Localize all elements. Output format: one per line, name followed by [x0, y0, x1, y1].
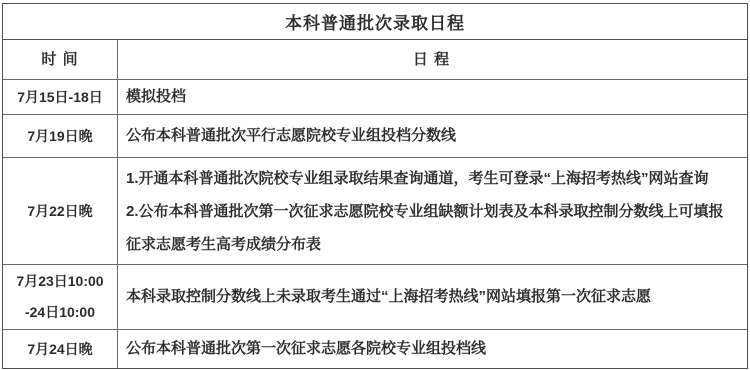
- column-header-time: 时 间: [3, 40, 118, 79]
- table-row-1: 7月15日-18日 模拟投档: [3, 79, 747, 114]
- schedule-paragraph: 公布本科普通批次第一次征求志愿各院校专业组投档线: [126, 338, 737, 360]
- table-header-row: 时 间 日 程: [3, 39, 747, 79]
- schedule-cell: 1.开通本科普通批次院校专业组录取结果查询通道，考生可登录“上海招考热线”网站查…: [118, 158, 747, 264]
- time-cell: 7月23日10:00 -24日10:00: [3, 265, 118, 329]
- schedule-paragraph: 2.公布本科普通批次第一次征求志愿院校专业组缺额计划表及本科录取控制分数线上可填…: [126, 195, 737, 261]
- schedule-paragraph: 公布本科普通批次平行志愿院校专业组投档分数线: [126, 125, 737, 147]
- schedule-cell: 本科录取控制分数线上未录取考生通过“上海招考热线”网站填报第一次征求志愿: [118, 265, 747, 329]
- time-line: 7月19日晚: [27, 121, 92, 152]
- schedule-cell: 公布本科普通批次第一次征求志愿各院校专业组投档线: [118, 330, 747, 368]
- time-cell: 7月15日-18日: [3, 80, 118, 114]
- time-cell: 7月22日晚: [3, 158, 118, 264]
- time-cell: 7月19日晚: [3, 115, 118, 157]
- page: 本科普通批次录取日程 时 间 日 程 7月15日-18日 模拟投档 7月19日晚…: [0, 0, 750, 370]
- time-line: 7月15日-18日: [17, 82, 103, 113]
- admission-schedule-table: 本科普通批次录取日程 时 间 日 程 7月15日-18日 模拟投档 7月19日晚…: [2, 3, 748, 369]
- table-row-2: 7月19日晚 公布本科普通批次平行志愿院校专业组投档分数线: [3, 114, 747, 157]
- schedule-cell: 公布本科普通批次平行志愿院校专业组投档分数线: [118, 115, 747, 157]
- time-line: -24日10:00: [25, 297, 95, 328]
- time-cell: 7月24日晚: [3, 330, 118, 368]
- column-header-schedule: 日 程: [118, 40, 747, 79]
- table-title: 本科普通批次录取日程: [3, 4, 747, 39]
- schedule-cell: 模拟投档: [118, 80, 747, 114]
- table-row-5: 7月24日晚 公布本科普通批次第一次征求志愿各院校专业组投档线: [3, 329, 747, 368]
- schedule-paragraph: 模拟投档: [126, 86, 737, 108]
- time-line: 7月23日10:00: [16, 266, 103, 297]
- time-line: 7月22日晚: [27, 196, 92, 227]
- time-line: 7月24日晚: [27, 334, 92, 365]
- schedule-paragraph: 本科录取控制分数线上未录取考生通过“上海招考热线”网站填报第一次征求志愿: [126, 286, 737, 308]
- table-row-3: 7月22日晚 1.开通本科普通批次院校专业组录取结果查询通道，考生可登录“上海招…: [3, 157, 747, 264]
- schedule-paragraph: 1.开通本科普通批次院校专业组录取结果查询通道，考生可登录“上海招考热线”网站查…: [126, 162, 737, 195]
- table-row-4: 7月23日10:00 -24日10:00 本科录取控制分数线上未录取考生通过“上…: [3, 264, 747, 329]
